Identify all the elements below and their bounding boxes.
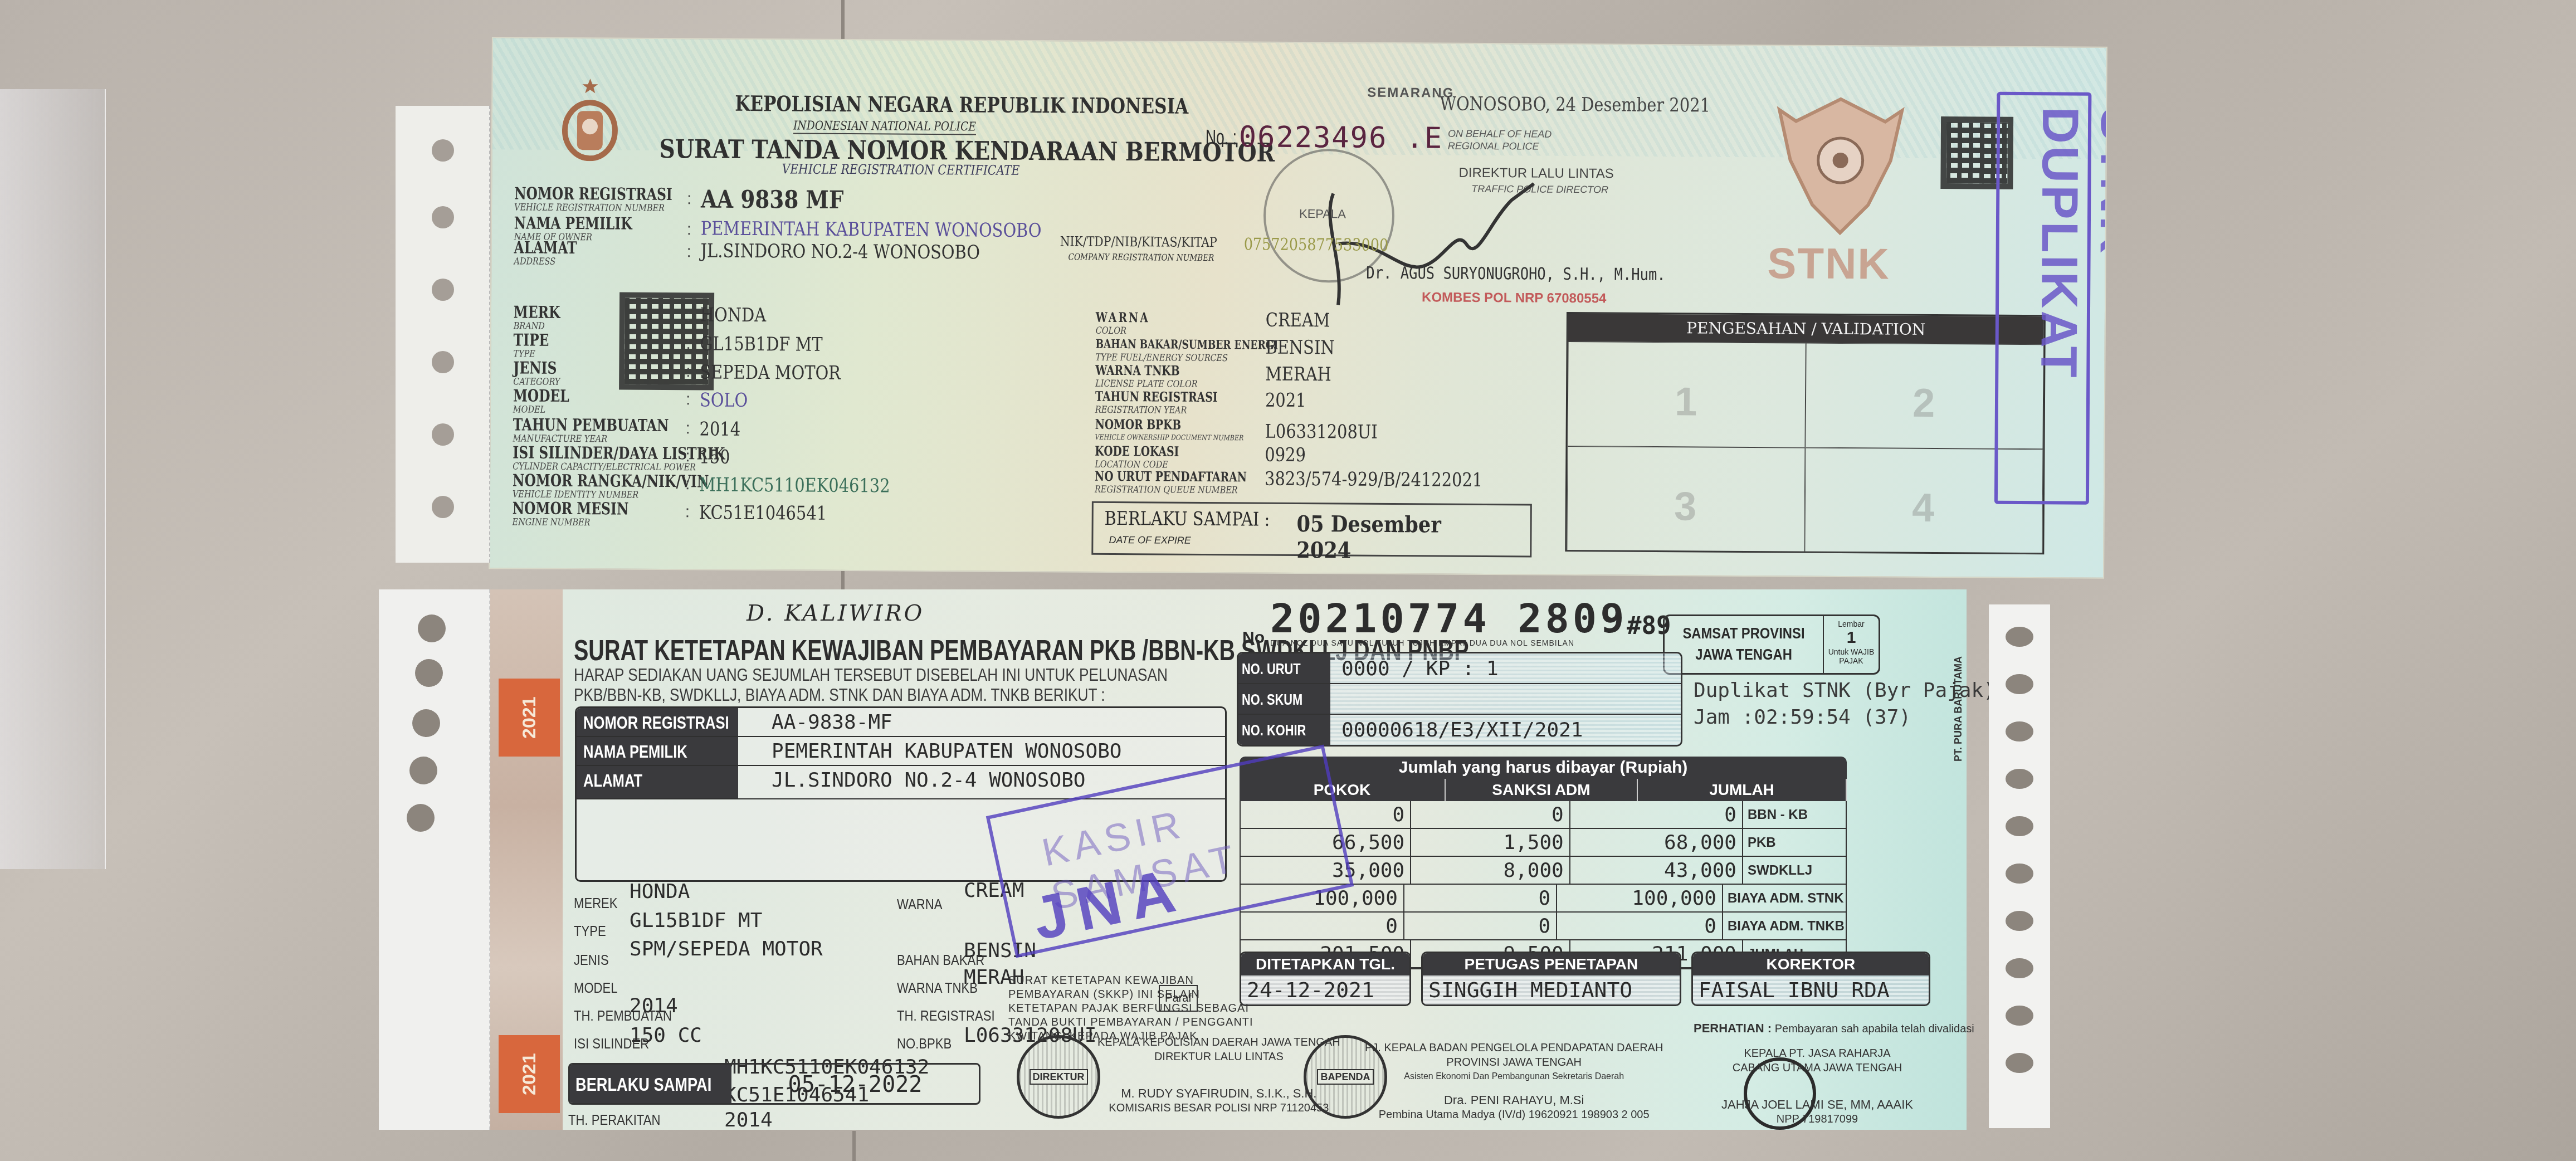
perforation-hole bbox=[407, 804, 435, 832]
arrow-up-icon bbox=[415, 659, 443, 687]
field-model: MODEL MODEL bbox=[513, 388, 586, 415]
paraf-box: Paraf bbox=[1159, 985, 1198, 1012]
perforation-hole bbox=[2006, 1006, 2033, 1026]
value-bpkb-number: L06331208UI bbox=[1265, 421, 1378, 443]
value-type: GL15B1DF MT bbox=[700, 333, 822, 355]
service-note: Duplikat STNK (Byr Pajak) Jam :02:59:54 … bbox=[1694, 677, 1996, 731]
year-tag: 2021 bbox=[499, 1035, 560, 1113]
issue-city-date: WONOSOBO, 24 Desember 2021 bbox=[1440, 93, 1710, 117]
field-engine-number: NOMOR MESIN ENGINE NUMBER bbox=[513, 500, 662, 528]
perforation-hole bbox=[409, 757, 437, 784]
value-location-code: 0929 bbox=[1265, 444, 1306, 466]
perforation-hole bbox=[2006, 958, 2033, 978]
field-cylinder: ISI SILINDER/DAYA LISTRIK CYLINDER CAPAC… bbox=[513, 445, 785, 473]
value-brand: HONDA bbox=[700, 304, 766, 326]
payment-sanksi: 1,500 bbox=[1411, 829, 1570, 856]
value-registration-year: 2021 bbox=[1265, 389, 1306, 412]
stnk-perforated-stub bbox=[396, 106, 490, 563]
payment-row: 000BIAYA ADM. TNKB bbox=[1241, 913, 1846, 940]
perforation-hole bbox=[432, 279, 454, 301]
perforation-hole bbox=[2006, 1053, 2033, 1073]
payment-jumlah: 0 bbox=[1557, 913, 1723, 939]
field-manufacture-year: TAHUN PEMBUATAN MANUFACTURE YEAR bbox=[513, 417, 713, 445]
field-type: TIPE TYPE bbox=[513, 332, 559, 359]
payment-jumlah: 0 bbox=[1570, 801, 1743, 828]
duplicate-stamp: STNK DUPLIKAT bbox=[1994, 92, 2092, 505]
perforation-hole bbox=[432, 139, 454, 162]
value-id-number: 0757205877533000 bbox=[1244, 235, 1389, 255]
serial-label: No. : bbox=[1206, 126, 1237, 150]
payment-row-label: BIAYA ADM. STNK bbox=[1723, 885, 1846, 911]
payment-row-label: SWDKLLJ bbox=[1743, 857, 1846, 884]
payment-sanksi: 0 bbox=[1411, 801, 1570, 828]
expiry-box: BERLAKU SAMPAI 05-12-2022 bbox=[568, 1063, 980, 1105]
payment-row-label: BBN - KB bbox=[1743, 801, 1846, 828]
signer-rank: KOMBES POL NRP 67080554 bbox=[1422, 290, 1606, 306]
validation-cell-3: 3 bbox=[1567, 446, 1805, 553]
perforation-hole bbox=[2006, 911, 2033, 931]
plastic-sheet bbox=[0, 89, 106, 869]
receipt-fine-print: SURAT KETETAPAN KEWAJIBAN PEMBAYARAN (SK… bbox=[1008, 974, 1259, 1043]
field-color: WARNA COLOR bbox=[1096, 309, 1165, 336]
perforation-hole bbox=[2006, 769, 2033, 789]
field-bpkb-number: NOMOR BPKB VEHICLE OWNERSHIP DOCUMENT NU… bbox=[1095, 416, 1270, 444]
receipt-meta-box: NO. URUT0000 / KP : 1 NO. SKUM NO. KOHIR… bbox=[1237, 652, 1682, 747]
police-director-stamp: DIREKTUR bbox=[1017, 1035, 1100, 1119]
payment-sanksi: 0 bbox=[1404, 885, 1557, 911]
skum-number bbox=[1330, 684, 1681, 714]
perforation-hole bbox=[418, 614, 446, 642]
perforation-hole bbox=[2006, 627, 2033, 647]
value-cylinder: 150 bbox=[699, 446, 730, 468]
label-id-number: NIK/TDP/NIB/KITAS/KITAP bbox=[1060, 233, 1217, 250]
perforation-hole bbox=[432, 496, 454, 518]
polri-shield-icon bbox=[1773, 93, 1908, 238]
right-perforated-stub bbox=[1989, 604, 2050, 1128]
field-plate-color: WARNA TNKB LICENSE PLATE COLOR bbox=[1095, 362, 1216, 389]
receipt-serial-words: DUA NOL DUA SATU NOL TUJUH TUJUH EMPAT D… bbox=[1270, 638, 1574, 647]
value-engine-number: KC51E1046541 bbox=[699, 501, 827, 524]
field-registration-year: TAHUN REGISTRASI REGISTRATION YEAR bbox=[1095, 388, 1252, 416]
receipt-no-label: No. bbox=[1242, 628, 1269, 647]
receipt-serial: 20210774 2809 bbox=[1270, 595, 1628, 642]
perforation-hole bbox=[2006, 721, 2033, 742]
stnk-certificate: KEPOLISIAN NEGARA REPUBLIK INDONESIA IND… bbox=[489, 37, 2107, 579]
payment-jumlah: 100,000 bbox=[1557, 885, 1723, 911]
payment-row-label: PKB bbox=[1743, 829, 1846, 856]
assessment-date-box: DITETAPKAN TGL.24-12-2021 bbox=[1240, 952, 1411, 1006]
queue-number: 0000 / KP : 1 bbox=[1330, 653, 1681, 683]
expiry-box: BERLAKU SAMPAI : DATE OF EXPIRE 05 Desem… bbox=[1091, 501, 1532, 558]
agency-name-en: INDONESIAN NATIONAL POLICE bbox=[793, 119, 976, 135]
perforation-hole bbox=[432, 351, 454, 373]
year-tag: 2021 bbox=[499, 679, 560, 757]
field-location-code: KODE LOKASI LOCATION CODE bbox=[1095, 443, 1203, 470]
validation-title: PENGESAHAN / VALIDATION bbox=[1568, 314, 2044, 344]
value-fuel: BENSIN bbox=[1265, 336, 1334, 359]
payment-row-label: BIAYA ADM. TNKB bbox=[1723, 913, 1846, 939]
perforation-hole bbox=[432, 206, 454, 228]
value-registration-number: AA 9838 MF bbox=[701, 185, 843, 214]
field-brand: MERK BRAND bbox=[514, 304, 573, 331]
corrector-box: KOREKTORFAISAL IBNU RDA bbox=[1691, 952, 1930, 1006]
perforation-hole bbox=[2006, 674, 2033, 694]
assessment-boxes: DITETAPKAN TGL.24-12-2021 PETUGAS PENETA… bbox=[1240, 952, 1930, 1006]
assessor-box: PETUGAS PENETAPANSINGGIH MEDIANTO bbox=[1421, 952, 1681, 1006]
value-manufacture-year: 2014 bbox=[700, 418, 741, 440]
payment-jumlah: 68,000 bbox=[1570, 829, 1743, 856]
perforation-hole bbox=[412, 709, 440, 737]
left-perforated-stub bbox=[379, 589, 490, 1130]
agency-name: KEPOLISIAN NEGARA REPUBLIK INDONESIA bbox=[735, 91, 1188, 119]
samsat-box: SAMSAT PROVINSIJAWA TENGAH Lembar1Untuk … bbox=[1663, 614, 1880, 675]
value-plate-color: MERAH bbox=[1265, 363, 1331, 386]
document-title-en: VEHICLE REGISTRATION CERTIFICATE bbox=[782, 161, 1019, 178]
validation-cell-1: 1 bbox=[1567, 342, 1806, 448]
payment-sanksi: 8,000 bbox=[1411, 857, 1570, 884]
receipt-overlay: BERLAKU SAMPAI 05-12-2022 SURAT KETETAPA… bbox=[563, 589, 1967, 1130]
field-category: JENIS CATEGORY bbox=[513, 360, 569, 387]
signatory-bapenda: PJ. KEPALA BADAN PENGELOLA PENDAPATAN DA… bbox=[1365, 1041, 1663, 1122]
value-category: SEPEDA MOTOR bbox=[700, 361, 841, 384]
kohir-number: 00000618/E3/XII/2021 bbox=[1330, 715, 1681, 745]
stnk-logo: STNK bbox=[1767, 238, 1890, 289]
perforation-hole bbox=[2006, 864, 2033, 884]
payment-pokok: 0 bbox=[1241, 913, 1404, 939]
payment-notice: PERHATIAN : Pembayaran sah apabila telah… bbox=[1694, 1021, 1974, 1036]
signer-name: Dr. AGUS SURYONUGROHO, S.H., M.Hum. bbox=[1366, 264, 1666, 285]
value-model: SOLO bbox=[700, 389, 748, 412]
payment-caption: Jumlah yang harus dibayar (Rupiah) bbox=[1240, 757, 1847, 779]
field-queue-number: NO URUT PENDAFTARAN REGISTRATION QUEUE N… bbox=[1095, 468, 1290, 496]
expiry-date: 05-12-2022 bbox=[731, 1065, 979, 1103]
signatory-jasa-raharja: KEPALA PT. JASA RAHARJA CABANG UTAMA JAW… bbox=[1721, 1046, 1913, 1126]
on-behalf-text: ON BEHALF OF HEAD REGIONAL POLICE bbox=[1448, 128, 1552, 153]
police-emblem-icon bbox=[548, 77, 632, 162]
validation-table: PENGESAHAN / VALIDATION 1 2 3 4 bbox=[1565, 312, 2046, 554]
value-color: CREAM bbox=[1266, 309, 1330, 332]
field-address: ALAMAT ADDRESS bbox=[514, 240, 594, 267]
payment-jumlah: 43,000 bbox=[1570, 857, 1743, 884]
value-address: JL.SINDORO NO.2-4 WONOSOBO bbox=[700, 240, 980, 264]
floor-tile-seam bbox=[852, 1131, 856, 1161]
expiry-date: 05 Desember 2024 bbox=[1296, 511, 1502, 564]
payment-sanksi: 0 bbox=[1404, 913, 1557, 939]
perforation-hole bbox=[432, 423, 454, 446]
perforation-hole bbox=[2006, 816, 2033, 836]
printer-vendor: PT. PURA BARUTAMA bbox=[1953, 656, 1964, 762]
value-queue-number: 3823/574-929/B/24122021 bbox=[1265, 468, 1482, 491]
value-vin: MH1KC5110EK046132 bbox=[699, 474, 890, 497]
value-owner-name: PEMERINTAH KABUPATEN WONOSOBO bbox=[701, 217, 1042, 242]
